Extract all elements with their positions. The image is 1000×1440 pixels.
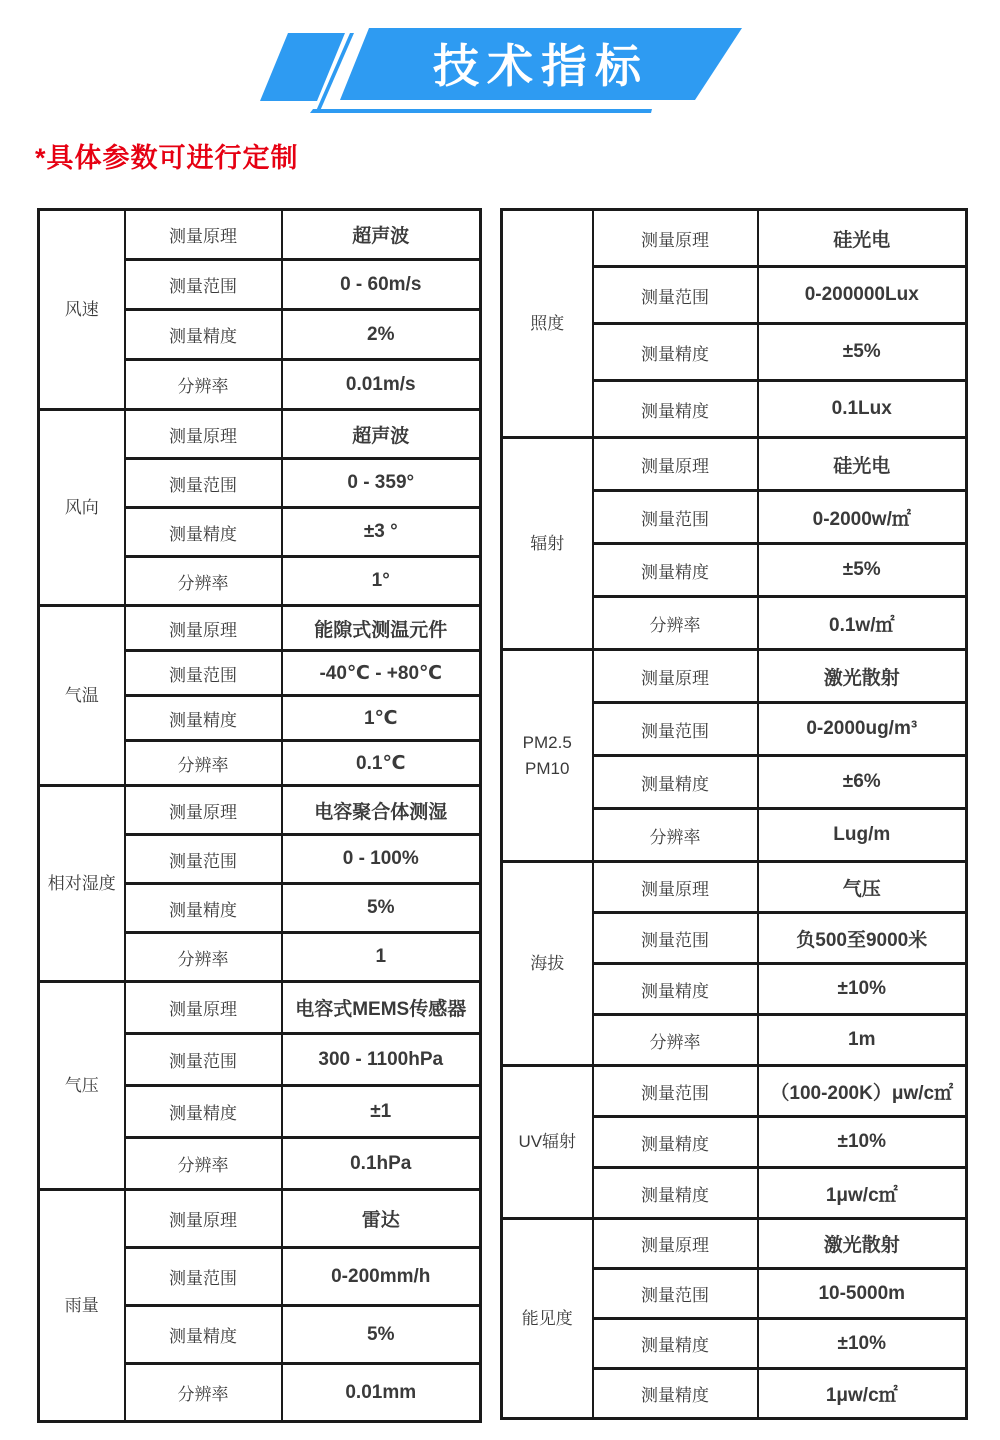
spec-group-label: 气压 [39,982,125,1190]
spec-param-label: 测量原理 [593,862,758,913]
spec-value: 0-2000ug/m³ [758,703,967,756]
spec-param-label: 测量精度 [593,1319,758,1369]
spec-value: 0.1℃ [282,741,481,786]
spec-param-label: 测量原理 [125,606,282,651]
spec-value: -40℃ - +80℃ [282,651,481,696]
spec-value: ±6% [758,756,967,809]
spec-group-label: 海拔 [502,862,593,1066]
spec-param-label: 测量范围 [125,459,282,508]
spec-param-label: 分辨率 [125,933,282,982]
spec-value: 300 - 1100hPa [282,1034,481,1086]
spec-value: 0-200mm/h [282,1248,481,1306]
spec-row: 海拔测量原理气压 [502,862,967,913]
page-title: 技术指标 [433,30,649,98]
spec-row: 风速测量原理超声波 [39,210,481,260]
spec-value: ±10% [758,1319,967,1369]
spec-row: 气压测量原理电容式MEMS传感器 [39,982,481,1034]
spec-row: 能见度测量原理激光散射 [502,1219,967,1269]
spec-group-label: 辐射 [502,438,593,650]
spec-value: 0 - 60m/s [282,260,481,310]
spec-param-label: 测量精度 [593,964,758,1015]
spec-value: （100-200K）μw/c㎡ [758,1066,967,1117]
spec-param-label: 测量精度 [593,324,758,381]
spec-param-label: 测量范围 [593,1269,758,1319]
spec-param-label: 测量范围 [125,651,282,696]
spec-group-label: 相对湿度 [39,786,125,982]
spec-value: ±10% [758,964,967,1015]
spec-group-label: 能见度 [502,1219,593,1419]
spec-value: 2% [282,310,481,360]
spec-row: PM2.5 PM10测量原理激光散射 [502,650,967,703]
spec-param-label: 分辨率 [125,1138,282,1190]
spec-value: ±5% [758,544,967,597]
spec-value: 0.01m/s [282,360,481,410]
spec-param-label: 测量精度 [593,381,758,438]
spec-value: 电容式MEMS传感器 [282,982,481,1034]
spec-row: 雨量测量原理雷达 [39,1190,481,1248]
spec-param-label: 分辨率 [125,1364,282,1422]
spec-param-label: 分辨率 [593,1015,758,1066]
spec-value: 0.1hPa [282,1138,481,1190]
spec-param-label: 测量精度 [125,1086,282,1138]
spec-row: UV辐射测量范围（100-200K）μw/c㎡ [502,1066,967,1117]
spec-value: 0-2000w/㎡ [758,491,967,544]
spec-value: 1 [282,933,481,982]
spec-tables: 风速测量原理超声波测量范围0 - 60m/s测量精度2%分辨率0.01m/s风向… [37,208,968,1423]
spec-param-label: 测量范围 [593,703,758,756]
spec-group-label: UV辐射 [502,1066,593,1219]
banner-underline [310,109,652,113]
spec-param-label: 测量精度 [593,756,758,809]
spec-value: ±10% [758,1117,967,1168]
spec-value: 1m [758,1015,967,1066]
spec-param-label: 测量精度 [125,696,282,741]
spec-value: 10-5000m [758,1269,967,1319]
spec-param-label: 测量原理 [125,410,282,459]
spec-row: 相对湿度测量原理电容聚合体测湿 [39,786,481,835]
spec-param-label: 测量精度 [125,884,282,933]
spec-param-label: 测量精度 [125,1306,282,1364]
spec-param-label: 测量精度 [125,508,282,557]
spec-value: 0.1w/㎡ [758,597,967,650]
spec-param-label: 测量原理 [593,650,758,703]
spec-param-label: 测量范围 [125,1034,282,1086]
spec-group-label: 照度 [502,210,593,438]
spec-value: 电容聚合体测湿 [282,786,481,835]
spec-param-label: 分辨率 [125,741,282,786]
spec-param-label: 测量范围 [593,491,758,544]
spec-value: 0 - 359° [282,459,481,508]
spec-param-label: 测量原理 [593,438,758,491]
spec-sheet-page: 技术指标 *具体参数可进行定制 风速测量原理超声波测量范围0 - 60m/s测量… [0,0,1000,1440]
spec-param-label: 测量范围 [593,267,758,324]
banner-stripe-icon [260,33,345,101]
spec-param-label: 测量原理 [125,1190,282,1248]
spec-param-label: 测量范围 [125,1248,282,1306]
spec-value: 1° [282,557,481,606]
spec-value: 0.01mm [282,1364,481,1422]
spec-param-label: 分辨率 [125,557,282,606]
customization-note: *具体参数可进行定制 [35,136,299,175]
spec-row: 气温测量原理能隙式测温元件 [39,606,481,651]
spec-row: 照度测量原理硅光电 [502,210,967,267]
spec-value: ±5% [758,324,967,381]
spec-value: 激光散射 [758,1219,967,1269]
spec-value: 激光散射 [758,650,967,703]
spec-value: ±3 ° [282,508,481,557]
spec-group-label: 雨量 [39,1190,125,1422]
spec-group-label: 风速 [39,210,125,410]
spec-value: 1μw/c㎡ [758,1369,967,1419]
spec-value: 0 - 100% [282,835,481,884]
spec-value: 0.1Lux [758,381,967,438]
spec-param-label: 测量精度 [593,1117,758,1168]
spec-param-label: 测量范围 [593,1066,758,1117]
spec-param-label: 测量精度 [125,310,282,360]
spec-value: Lug/m [758,809,967,862]
spec-table-left: 风速测量原理超声波测量范围0 - 60m/s测量精度2%分辨率0.01m/s风向… [37,208,482,1423]
spec-value: 超声波 [282,210,481,260]
spec-param-label: 测量原理 [593,1219,758,1269]
page-title-banner: 技术指标 [340,28,742,100]
spec-value: 能隙式测温元件 [282,606,481,651]
spec-param-label: 分辨率 [593,809,758,862]
spec-value: ±1 [282,1086,481,1138]
spec-group-label: 气温 [39,606,125,786]
spec-param-label: 测量精度 [593,1369,758,1419]
spec-param-label: 测量原理 [125,786,282,835]
spec-table-right: 照度测量原理硅光电测量范围0-200000Lux测量精度±5%测量精度0.1Lu… [500,208,968,1420]
spec-group-label: PM2.5 PM10 [502,650,593,862]
spec-value: 硅光电 [758,438,967,491]
spec-value: 硅光电 [758,210,967,267]
spec-value: 雷达 [282,1190,481,1248]
spec-value: 1℃ [282,696,481,741]
spec-param-label: 测量原理 [593,210,758,267]
spec-value: 负500至9000米 [758,913,967,964]
spec-param-label: 分辨率 [593,597,758,650]
spec-param-label: 测量范围 [125,835,282,884]
spec-param-label: 测量原理 [125,210,282,260]
spec-row: 风向测量原理超声波 [39,410,481,459]
spec-value: 0-200000Lux [758,267,967,324]
spec-value: 1μw/c㎡ [758,1168,967,1219]
spec-row: 辐射测量原理硅光电 [502,438,967,491]
spec-value: 气压 [758,862,967,913]
spec-value: 5% [282,1306,481,1364]
spec-param-label: 测量精度 [593,1168,758,1219]
banner: 技术指标 [0,0,1000,135]
spec-param-label: 测量精度 [593,544,758,597]
spec-param-label: 测量原理 [125,982,282,1034]
spec-value: 5% [282,884,481,933]
spec-param-label: 测量范围 [593,913,758,964]
spec-group-label: 风向 [39,410,125,606]
spec-param-label: 分辨率 [125,360,282,410]
spec-value: 超声波 [282,410,481,459]
spec-param-label: 测量范围 [125,260,282,310]
